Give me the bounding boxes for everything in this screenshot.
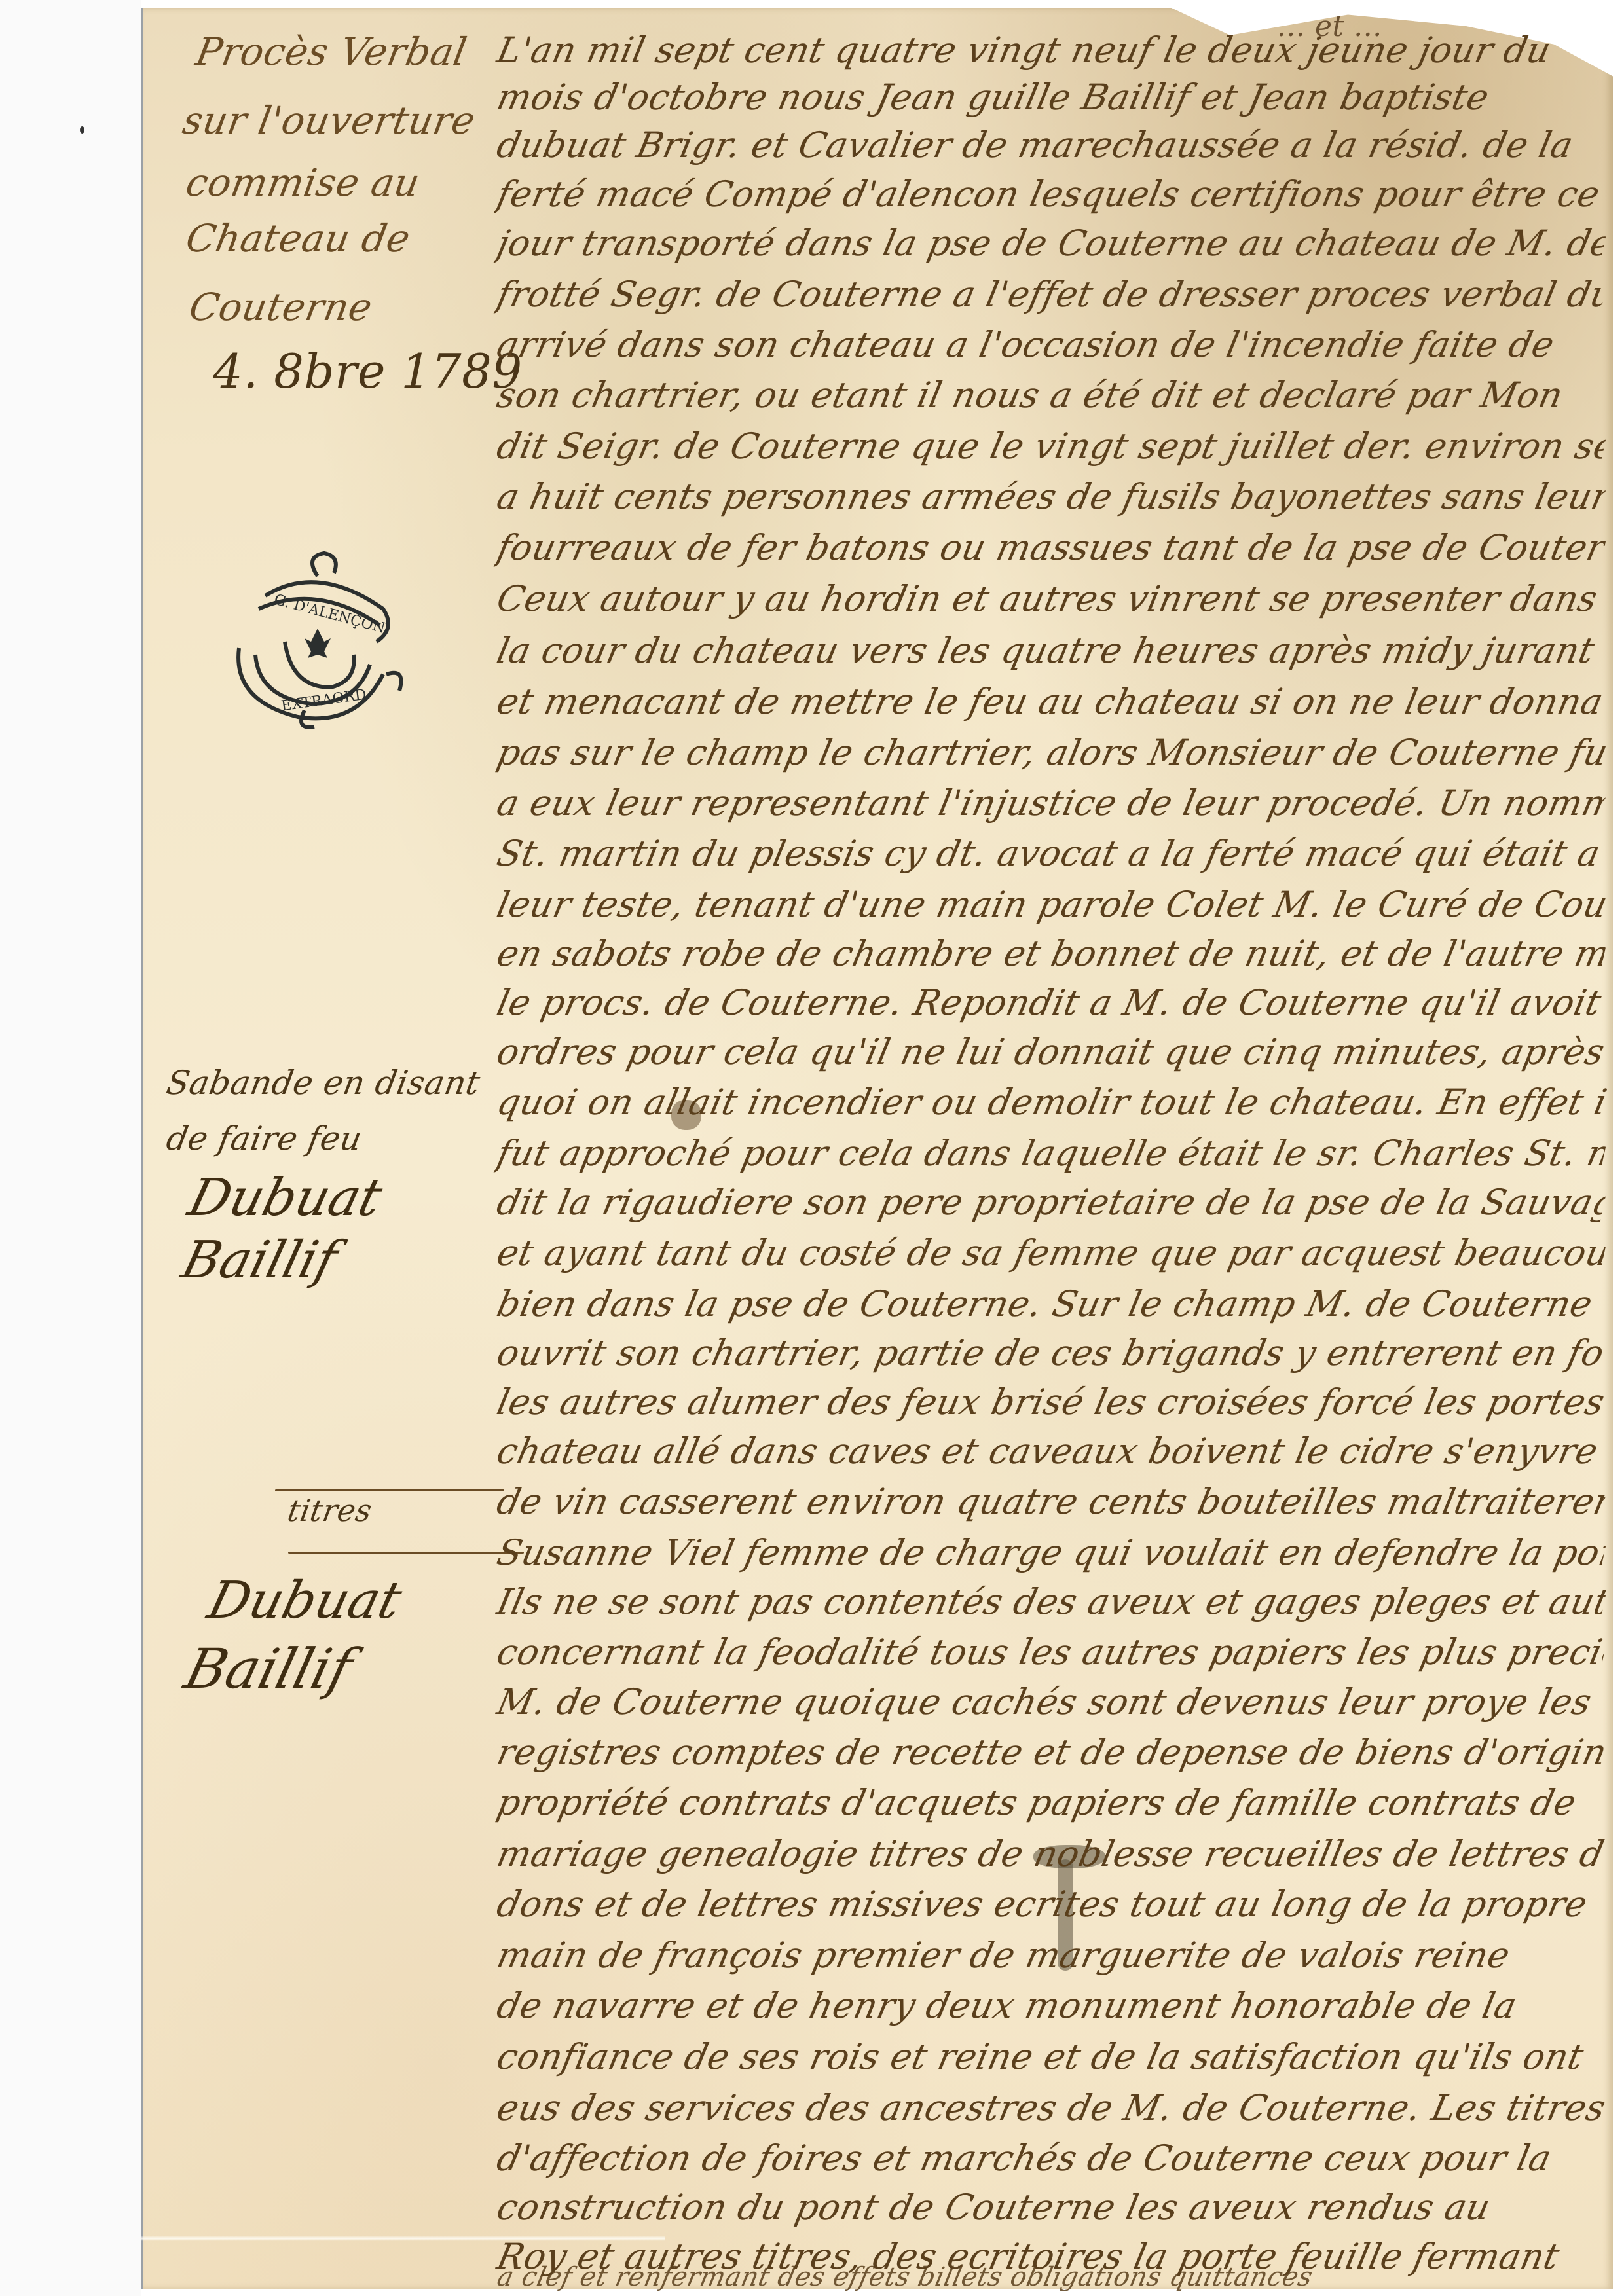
body-line: fut approché pour cela dans laquelle éta… (493, 1133, 1608, 1174)
body-line: St. martin du plessis cy dt. avocat a la… (493, 833, 1608, 874)
margin-title-line: commise au (183, 160, 423, 205)
body-line: ordres pour cela qu'il ne lui donnait qu… (493, 1031, 1608, 1072)
scan-speck (80, 126, 84, 134)
body-line: et menacant de mettre le feu au chateau … (493, 681, 1608, 722)
margin-title-line: Chateau de (183, 216, 414, 261)
body-line: de navarre et de henry deux monument hon… (493, 1985, 1608, 2026)
body-line: dit la rigaudiere son pere proprietaire … (493, 1182, 1608, 1223)
body-line: dubuat Brigr. et Cavalier de marechaussé… (493, 124, 1608, 166)
body-line: construction du pont de Couterne les ave… (493, 2187, 1608, 2228)
body-line: frotté Segr. de Couterne a l'effet de dr… (493, 274, 1608, 315)
body-line: pas sur le champ le chartrier, alors Mon… (493, 732, 1608, 773)
margin-title-line: sur l'ouverture (179, 98, 479, 143)
signature-dubuat: Dubuat (183, 1169, 388, 1228)
body-line: Susanne Viel femme de charge qui voulait… (493, 1532, 1608, 1573)
body-line: arrivé dans son chateau a l'occasion de … (493, 324, 1608, 365)
body-line: a huit cents personnes armées de fusils … (493, 476, 1608, 517)
margin-note-line: de faire feu (164, 1120, 365, 1157)
body-line: en sabots robe de chambre et bonnet de n… (493, 933, 1608, 974)
body-line: ouvrit son chartrier, partie de ces brig… (493, 1332, 1608, 1374)
margin-date: 4. 8bre 1789 (213, 344, 523, 399)
signature-baillif: Baillif (176, 1231, 343, 1290)
body-line: mariage genealogie titres de noblesse re… (493, 1833, 1608, 1874)
body-line: propriété contrats d'acquets papiers de … (493, 1782, 1608, 1823)
body-line: a eux leur representant l'injustice de l… (493, 782, 1608, 824)
body-line: les autres alumer des feux brisé les cro… (493, 1381, 1608, 1423)
margin-title-line: Procès Verbal (193, 29, 470, 74)
signature-baillif: Baillif (179, 1637, 359, 1701)
revenue-stamp: G. D'ALENÇON EXTRAORD. (219, 543, 416, 733)
body-line: son chartrier, ou etant il nous a été di… (493, 374, 1608, 416)
body-line: Ils ne se sont pas contentés des aveux e… (493, 1581, 1608, 1622)
body-line: a clef et renfermant des effets billets … (494, 2262, 1608, 2292)
body-line: registres comptes de recette et de depen… (493, 1732, 1608, 1773)
body-line: le procs. de Couterne. Repondit a M. de … (493, 982, 1608, 1023)
body-line: chateau allé dans caves et caveaux boive… (493, 1430, 1608, 1472)
margin-note-line: Sabande en disant (164, 1064, 483, 1102)
body-line: jour transporté dans la pse de Couterne … (493, 223, 1608, 264)
body-line: confiance de ses rois et reine et de la … (493, 2036, 1608, 2077)
body-line: bien dans la pse de Couterne. Sur le cha… (493, 1283, 1608, 1324)
stamp-bottom-text: EXTRAORD. (280, 686, 371, 715)
body-line: leur teste, tenant d'une main parole Col… (493, 884, 1608, 925)
body-line: dit Seigr. de Couterne que le vingt sept… (493, 426, 1608, 467)
body-line: la cour du chateau vers les quatre heure… (493, 630, 1608, 671)
body-line: M. de Couterne quoique cachés sont deven… (493, 1681, 1608, 1722)
titres-underline (275, 1489, 504, 1491)
body-line: Ceux autour y au hordin et autres vinren… (493, 578, 1608, 619)
body-line: concernant la feodalité tous les autres … (493, 1631, 1608, 1673)
body-line: mois d'octobre nous Jean guille Baillif … (493, 77, 1608, 118)
body-line: quoi on allait incendier ou demolir tout… (493, 1082, 1608, 1123)
body-line: eus des services des ancestres de M. de … (493, 2087, 1608, 2128)
margin-label-titres: titres (285, 1493, 375, 1528)
body-line: dons et de lettres missives ecrites tout… (493, 1884, 1608, 1925)
body-line: d'affection de foires et marchés de Cout… (493, 2138, 1608, 2179)
body-line: de vin casserent environ quatre cents bo… (493, 1481, 1608, 1522)
body-line: L'an mil sept cent quatre vingt neuf le … (493, 29, 1608, 71)
body-line: fourreaux de fer batons ou massues tant … (493, 527, 1608, 568)
body-line: main de françois premier de marguerite d… (493, 1935, 1608, 1976)
stamp-emblem-icon: G. D'ALENÇON EXTRAORD. (219, 543, 416, 733)
body-line: et ayant tant du costé de sa femme que p… (493, 1232, 1608, 1273)
body-line: ferté macé Compé d'alencon lesquels cert… (493, 173, 1608, 215)
scan-background-margin (0, 0, 141, 2296)
signature-dubuat: Dubuat (202, 1571, 407, 1630)
margin-title-line: Couterne (186, 285, 376, 329)
titres-underline (288, 1552, 524, 1554)
